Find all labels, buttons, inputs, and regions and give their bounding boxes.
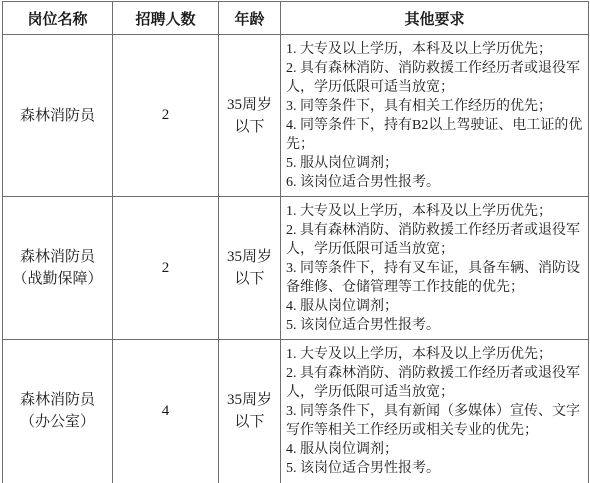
requirement-item: 1. 大专及以上学历，本科及以上学历优先； [286, 202, 586, 221]
position-cell: 森林消防员 （办公室） [3, 340, 113, 483]
requirement-item: 5. 该岗位适合男性报考。 [286, 459, 586, 478]
requirement-item: 2. 具有森林消防、消防救援工作经历者或退役军人，学历低限可适当放宽； [286, 221, 586, 259]
table-row: 森林消防员 （办公室） 4 35周岁 以下 1. 大专及以上学历，本科及以上学历… [3, 340, 589, 483]
recruitment-table: 岗位名称 招聘人数 年龄 其他要求 森林消防员 2 35周岁 以下 1. 大专及… [2, 1, 589, 483]
requirement-item: 1. 大专及以上学历，本科及以上学历优先； [286, 345, 586, 364]
header-age: 年龄 [219, 2, 281, 35]
requirements-cell: 1. 大专及以上学历，本科及以上学历优先； 2. 具有森林消防、消防救援工作经历… [281, 197, 589, 340]
requirement-item: 2. 具有森林消防、消防救援工作经历者或退役军人，学历低限可适当放宽； [286, 59, 586, 97]
requirement-item: 5. 服从岗位调剂； [286, 154, 586, 173]
position-cell: 森林消防员 [3, 35, 113, 197]
count-cell: 2 [113, 35, 219, 197]
requirement-item: 4. 服从岗位调剂； [286, 297, 586, 316]
age-cell: 35周岁 以下 [219, 197, 281, 340]
requirements-cell: 1. 大专及以上学历，本科及以上学历优先； 2. 具有森林消防、消防救援工作经历… [281, 35, 589, 197]
age-cell: 35周岁 以下 [219, 35, 281, 197]
age-cell: 35周岁 以下 [219, 340, 281, 483]
requirement-item: 2. 具有森林消防、消防救援工作经历者或退役军人，学历低限可适当放宽； [286, 364, 586, 402]
table-row: 森林消防员 2 35周岁 以下 1. 大专及以上学历，本科及以上学历优先； 2.… [3, 35, 589, 197]
requirement-item: 6. 该岗位适合男性报考。 [286, 173, 586, 192]
header-row: 岗位名称 招聘人数 年龄 其他要求 [3, 2, 589, 35]
requirement-item: 1. 大专及以上学历，本科及以上学历优先； [286, 40, 586, 59]
header-requirements: 其他要求 [281, 2, 589, 35]
requirement-item: 3. 同等条件下，持有叉车证，具备车辆、消防设备维修、仓储管理等工作技能的优先； [286, 259, 586, 297]
requirement-item: 4. 服从岗位调剂； [286, 440, 586, 459]
requirement-item: 3. 同等条件下，具有新闻（多媒体）宣传、文字写作等相关工作经历或相关专业的优先… [286, 402, 586, 440]
table-row: 森林消防员 （战勤保障） 2 35周岁 以下 1. 大专及以上学历，本科及以上学… [3, 197, 589, 340]
header-position: 岗位名称 [3, 2, 113, 35]
requirement-item: 5. 该岗位适合男性报考。 [286, 316, 586, 335]
requirements-cell: 1. 大专及以上学历，本科及以上学历优先； 2. 具有森林消防、消防救援工作经历… [281, 340, 589, 483]
count-cell: 4 [113, 340, 219, 483]
requirement-item: 4. 同等条件下，持有B2以上驾驶证、电工证的优先； [286, 116, 586, 154]
requirement-item: 3. 同等条件下，具有相关工作经历的优先； [286, 97, 586, 116]
count-cell: 2 [113, 197, 219, 340]
header-count: 招聘人数 [113, 2, 219, 35]
position-cell: 森林消防员 （战勤保障） [3, 197, 113, 340]
